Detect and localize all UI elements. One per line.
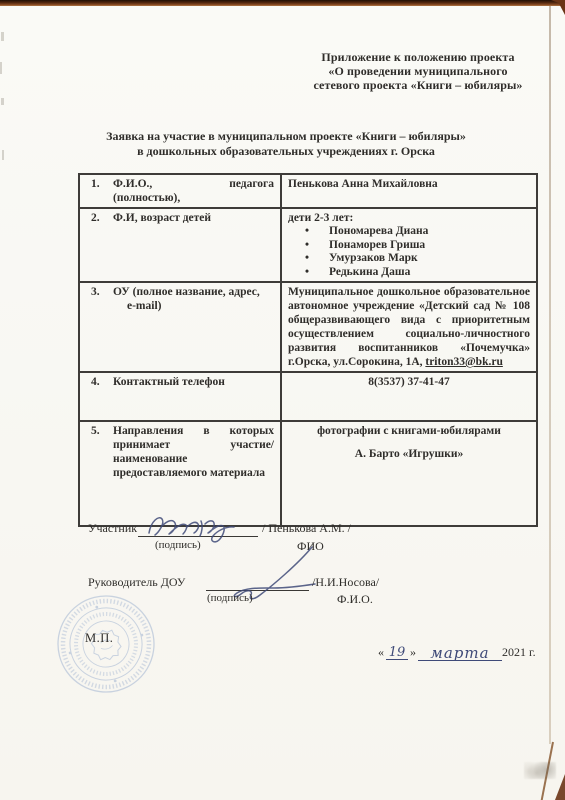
participant-label: Участник: [88, 521, 137, 535]
table-row-children: 2. Ф.И, возраст детей дети 2-3 лет: • По…: [79, 208, 537, 282]
scan-speck: [0, 62, 2, 74]
bullet-icon: •: [301, 252, 329, 266]
phone-label: Контактный телефон: [113, 375, 274, 389]
fio-label-cell: 1. Ф.И.О., педагога (полностью),: [79, 174, 281, 208]
children-value-cell: дети 2-3 лет: • Пономарева Диана • Понам…: [281, 208, 537, 282]
bullet-icon: •: [301, 239, 329, 253]
participant-name: / Пенькова А.М. /: [262, 521, 351, 535]
child-name: Пономарева Диана: [329, 225, 428, 239]
child-list-item: • Редькина Даша: [301, 266, 530, 280]
materials-label: Направления в которых принимает участие/…: [113, 424, 274, 480]
head-label: Руководитель ДОУ: [88, 575, 185, 589]
head-name-caption: Ф.И.О.: [337, 592, 373, 606]
institution-email: triton33@bk.ru: [425, 356, 502, 368]
phone-label-cell: 4. Контактный телефон: [79, 372, 281, 421]
scanned-application-form: Приложение к положению проекта «О провед…: [0, 0, 565, 800]
row-number: 4.: [86, 375, 113, 389]
application-table: 1. Ф.И.О., педагога (полностью), Пеньков…: [78, 173, 538, 527]
head-name: /Н.И.Носова/: [312, 575, 379, 589]
date-quote-close: »: [408, 645, 418, 660]
header-line-3: сетевого проекта «Книги – юбиляры»: [268, 78, 565, 92]
materials-line1: фотографии с книгами-юбилярами: [288, 424, 530, 438]
head-sign-caption: (подпись): [207, 592, 253, 604]
scan-edge-top: [0, 0, 565, 6]
child-list-item: • Умурзаков Марк: [301, 252, 530, 266]
scan-speck: [1, 98, 4, 105]
row-number: 3.: [86, 285, 113, 313]
fio-label-part1: Ф.И.О.,: [113, 177, 152, 191]
title-line-2: в дошкольных образовательных учреждениях…: [0, 144, 565, 159]
row-number: 5.: [86, 424, 113, 480]
phone-value-cell: 8(3537) 37-41-47: [281, 372, 537, 421]
children-label: Ф.И, возраст детей: [113, 211, 274, 225]
row-number: 1.: [86, 177, 113, 205]
table-row-institution: 3. ОУ (полное название, адрес, e-mail) М…: [79, 282, 537, 372]
fio-value-cell: Пенькова Анна Михайловна: [281, 174, 537, 208]
bullet-icon: •: [301, 266, 329, 280]
participant-signature: [142, 510, 254, 542]
fio-label-part2: педагога: [229, 177, 274, 191]
child-list-item: • Пономарева Диана: [301, 225, 530, 239]
institution-label-line2: e-mail): [113, 299, 274, 313]
seal-placeholder: М.П.: [85, 631, 113, 646]
table-row-fio: 1. Ф.И.О., педагога (полностью), Пеньков…: [79, 174, 537, 208]
children-age: дети 2-3 лет:: [288, 211, 530, 225]
date-year: 2021 г.: [502, 645, 536, 660]
institution-value-cell: Муниципальное дошкольное образовательное…: [281, 282, 537, 372]
fio-label-part3: (полностью),: [113, 191, 274, 205]
child-name: Понаморев Гриша: [329, 239, 425, 253]
child-list-item: • Понаморев Гриша: [301, 239, 530, 253]
institution-label-cell: 3. ОУ (полное название, адрес, e-mail): [79, 282, 281, 372]
document-header: Приложение к положению проекта «О провед…: [268, 50, 565, 92]
bullet-icon: •: [301, 225, 329, 239]
materials-value-cell: фотографии с книгами-юбилярами А. Барто …: [281, 421, 537, 526]
row-number: 2.: [86, 211, 113, 225]
child-name: Редькина Даша: [329, 266, 410, 280]
date-quote-open: «: [376, 645, 386, 660]
header-line-1: Приложение к положению проекта: [268, 50, 565, 64]
teacher-name: Пенькова Анна Михайловна: [288, 178, 438, 190]
date-month-handwritten: марта: [418, 646, 502, 661]
date-day-handwritten: 19: [386, 646, 408, 660]
child-name: Умурзаков Марк: [329, 252, 418, 266]
page-fold-line: [549, 6, 551, 744]
table-row-phone: 4. Контактный телефон 8(3537) 37-41-47: [79, 372, 537, 421]
children-label-cell: 2. Ф.И, возраст детей: [79, 208, 281, 282]
header-line-2: «О проведении муниципального: [268, 64, 565, 78]
pencil-smudge: [524, 762, 556, 779]
scan-speck: [1, 32, 4, 41]
scan-corner-bottom-right: [555, 774, 565, 800]
materials-line2: А. Барто «Игрушки»: [288, 447, 530, 461]
phone-number: 8(3537) 37-41-47: [368, 376, 449, 388]
document-title: Заявка на участие в муниципальном проект…: [0, 129, 565, 159]
institution-label-line1: ОУ (полное название, адрес,: [113, 285, 274, 299]
participant-sign-caption: (подпись): [155, 539, 201, 551]
title-line-1: Заявка на участие в муниципальном проект…: [0, 129, 565, 144]
date-line: « 19 » марта 2021 г.: [376, 645, 536, 660]
